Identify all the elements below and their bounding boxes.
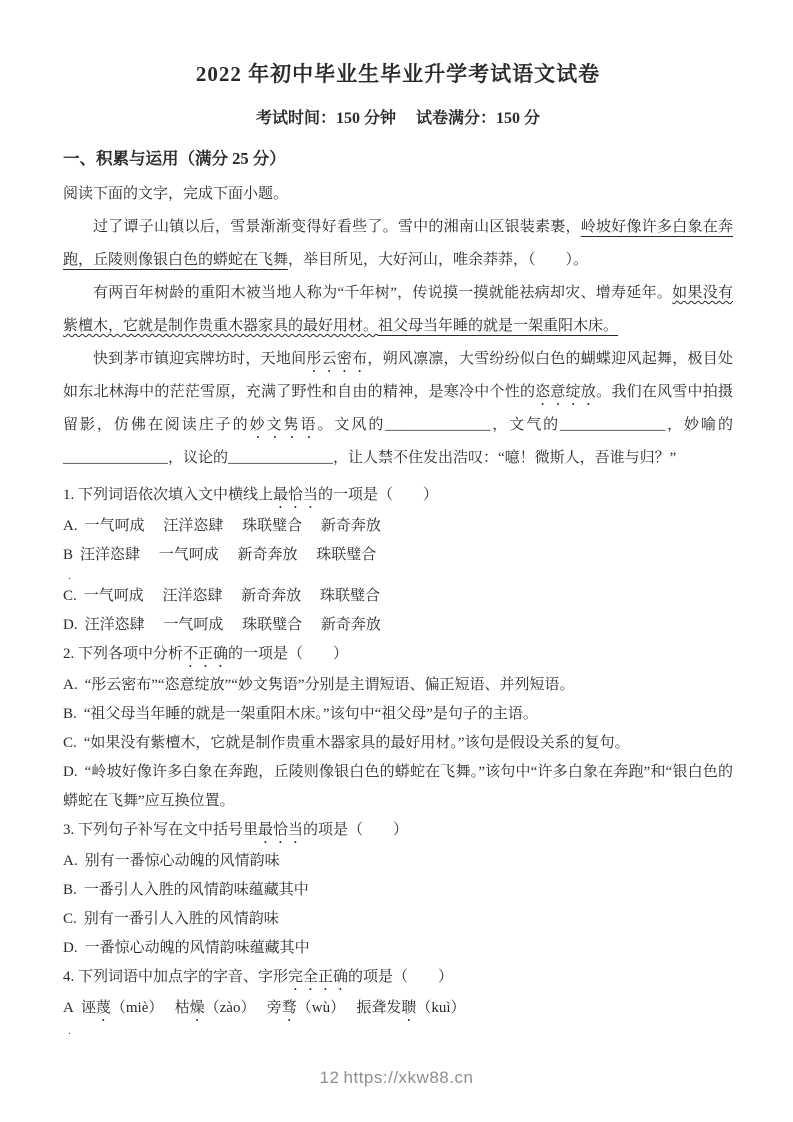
- option-text: （zào） 旁: [205, 1000, 282, 1016]
- emphasis-dot-text: 聩: [401, 1000, 416, 1016]
- option-text: 一气呵成 汪洋恣肆 新奇奔放 珠联璧合: [84, 588, 380, 604]
- emphasis-dot-text: 不正确: [183, 646, 228, 662]
- question-2-stem: 2. 下列各项中分析不正确的一项是（ ）: [63, 640, 733, 671]
- stem-text: 2. 下列各项中分析: [63, 646, 183, 662]
- question-1-option-b: B汪洋恣肆 一气呵成 新奇奔放 珠联璧合: [63, 541, 733, 570]
- paragraph-text: ，举目所见，大好河山，唯余莽莽，（ ）。: [288, 252, 588, 268]
- emphasis-dot-text: 骛: [282, 1000, 297, 1016]
- question-4-option-a: A诬蔑（miè） 枯燥（zào） 旁骛（wù） 振聋发聩（kuì）: [63, 994, 733, 1025]
- page-number: 12: [320, 1068, 340, 1087]
- footer-url: https://xkw88.cn: [344, 1068, 474, 1087]
- option-text: “如果没有紫檀木，它就是制作贵重木器家具的最好用材。”该句是假设关系的复句。: [84, 735, 630, 751]
- page-footer: 12https://xkw88.cn: [0, 1068, 793, 1088]
- option-label: A.: [63, 853, 78, 869]
- document-body: 2022 年初中毕业生毕业升学考试语文试卷 考试时间：150 分钟 试卷满分：1…: [63, 58, 733, 1037]
- option-label: C.: [63, 735, 77, 751]
- option-text: （kuì）: [416, 1000, 465, 1016]
- option-label: C.: [63, 588, 77, 604]
- question-3-option-d: D.一番惊心动魄的风情韵味蕴藏其中: [63, 934, 733, 963]
- option-text: 一番引人入胜的风情韵味蕴藏其中: [84, 882, 309, 898]
- option-text: 汪洋恣肆 一气呵成 珠联璧合 新奇奔放: [85, 617, 381, 633]
- paragraph-text: 快到茅市镇迎宾牌坊时，天地间: [93, 351, 306, 367]
- stem-text: 的项是（ ）: [348, 969, 453, 985]
- option-label: A.: [63, 677, 78, 693]
- passage-paragraph-3: 快到茅市镇迎宾牌坊时，天地间彤云密布，朔风凛凛，大雪纷纷似白色的蝴蝶迎风起舞，极…: [63, 343, 733, 475]
- option-text: 别有一番惊心动魄的风情韵味: [85, 853, 280, 869]
- option-label: A: [63, 1000, 74, 1016]
- emphasis-dot-text: 恣意绽放: [535, 384, 596, 400]
- option-label: B: [63, 547, 73, 563]
- page-title: 2022 年初中毕业生毕业升学考试语文试卷: [63, 58, 733, 88]
- question-3-stem: 3. 下列句子补写在文中括号里最恰当的项是（ ）: [63, 816, 733, 847]
- passage-intro: 阅读下面的文字，完成下面小题。: [63, 182, 733, 206]
- question-2-option-b: B.“祖父母当年睡的就是一架重阳木床。”该句中“祖父母”是句子的主语。: [63, 700, 733, 729]
- emphasis-dot-text: 最恰当: [258, 822, 303, 838]
- option-text: “岭坡好像许多白象在奔跑，丘陵则像银白色的蟒蛇在飞舞。”该句中“许多白象在奔跑”…: [63, 764, 733, 809]
- option-text: 诬: [81, 1000, 96, 1016]
- emphasis-dot-text: 蔑: [96, 1000, 111, 1016]
- question-2-option-a: A.“彤云密布”“恣意绽放”“妙文隽语”分别是主谓短语、偏正短语、并列短语。: [63, 671, 733, 700]
- questions-area: 1. 下列词语依次填入文中横线上最恰当的一项是（ ） A.一气呵成 汪洋恣肆 珠…: [63, 481, 733, 1037]
- stem-text: 的一项是（ ）: [318, 487, 438, 503]
- question-1-option-d: D.汪洋恣肆 一气呵成 珠联璧合 新奇奔放: [63, 611, 733, 640]
- question-1-option-c: C.一气呵成 汪洋恣肆 新奇奔放 珠联璧合: [63, 582, 733, 611]
- option-label: D.: [63, 617, 78, 633]
- emphasis-dot-text: 最恰当: [273, 487, 318, 503]
- emphasis-dot-text: 妙文隽语: [250, 417, 318, 433]
- option-text: 一气呵成 汪洋恣肆 珠联璧合 新奇奔放: [85, 518, 381, 534]
- question-3-option-c: C.别有一番引人入胜的风情韵味: [63, 905, 733, 934]
- emphasis-dot-text: 完全正确: [288, 969, 348, 985]
- underlined-text: 祖父母当年睡的就是一架重阳木床。: [378, 318, 618, 334]
- stem-text: 的项是（ ）: [303, 822, 408, 838]
- emphasis-dot-text: 燥: [190, 1000, 205, 1016]
- scan-artifact-dot: .: [68, 1025, 733, 1037]
- question-1-stem: 1. 下列词语依次填入文中横线上最恰当的一项是（ ）: [63, 481, 733, 512]
- paragraph-text: 过了谭子山镇以后，雪景渐渐变得好看些了。雪中的湘南山区银装素裹，: [93, 219, 581, 235]
- option-label: D.: [63, 940, 78, 956]
- question-1-option-a: A.一气呵成 汪洋恣肆 珠联璧合 新奇奔放: [63, 512, 733, 541]
- exam-paper-page: 2022 年初中毕业生毕业升学考试语文试卷 考试时间：150 分钟 试卷满分：1…: [0, 0, 793, 1122]
- option-text: “彤云密布”“恣意绽放”“妙文隽语”分别是主谓短语、偏正短语、并列短语。: [85, 677, 575, 693]
- stem-text: 的一项是（ ）: [228, 646, 348, 662]
- section-heading: 一、积累与运用（满分 25 分）: [63, 145, 733, 169]
- option-text: “祖父母当年睡的就是一架重阳木床。”该句中“祖父母”是句子的主语。: [84, 706, 538, 722]
- question-3-option-b: B.一番引人入胜的风情韵味蕴藏其中: [63, 876, 733, 905]
- stem-text: 4. 下列词语中加点字的字音、字形: [63, 969, 288, 985]
- option-text: （miè） 枯: [111, 1000, 190, 1016]
- option-label: D.: [63, 764, 78, 780]
- paragraph-text: 有两百年树龄的重阳木被当地人称为“千年树”，传说摸一摸就能祛病却灾、增寿延年。: [93, 285, 672, 301]
- option-label: B.: [63, 882, 77, 898]
- option-text: 汪洋恣肆 一气呵成 新奇奔放 珠联璧合: [80, 547, 376, 563]
- option-text: 一番惊心动魄的风情韵味蕴藏其中: [85, 940, 310, 956]
- scan-artifact-dot: .: [68, 570, 733, 582]
- emphasis-dot-text: 彤云密布: [306, 351, 367, 367]
- stem-text: 1. 下列词语依次填入文中横线上: [63, 487, 273, 503]
- option-label: A.: [63, 518, 78, 534]
- passage-paragraph-2: 有两百年树龄的重阳木被当地人称为“千年树”，传说摸一摸就能祛病却灾、增寿延年。如…: [63, 277, 733, 343]
- question-2-option-d: D.“岭坡好像许多白象在奔跑，丘陵则像银白色的蟒蛇在飞舞。”该句中“许多白象在奔…: [63, 758, 733, 816]
- option-label: C.: [63, 911, 77, 927]
- option-text: 别有一番引人入胜的风情韵味: [84, 911, 279, 927]
- stem-text: 3. 下列句子补写在文中括号里: [63, 822, 258, 838]
- passage-paragraph-1: 过了谭子山镇以后，雪景渐渐变得好看些了。雪中的湘南山区银装素裹，岭坡好像许多白象…: [63, 211, 733, 277]
- exam-info: 考试时间：150 分钟 试卷满分：150 分: [63, 105, 733, 128]
- question-4-stem: 4. 下列词语中加点字的字音、字形完全正确的项是（ ）: [63, 963, 733, 994]
- question-3-option-a: A.别有一番惊心动魄的风情韵味: [63, 847, 733, 876]
- option-text: （wù） 振聋发: [297, 1000, 402, 1016]
- option-label: B.: [63, 706, 77, 722]
- question-2-option-c: C.“如果没有紫檀木，它就是制作贵重木器家具的最好用材。”该句是假设关系的复句。: [63, 729, 733, 758]
